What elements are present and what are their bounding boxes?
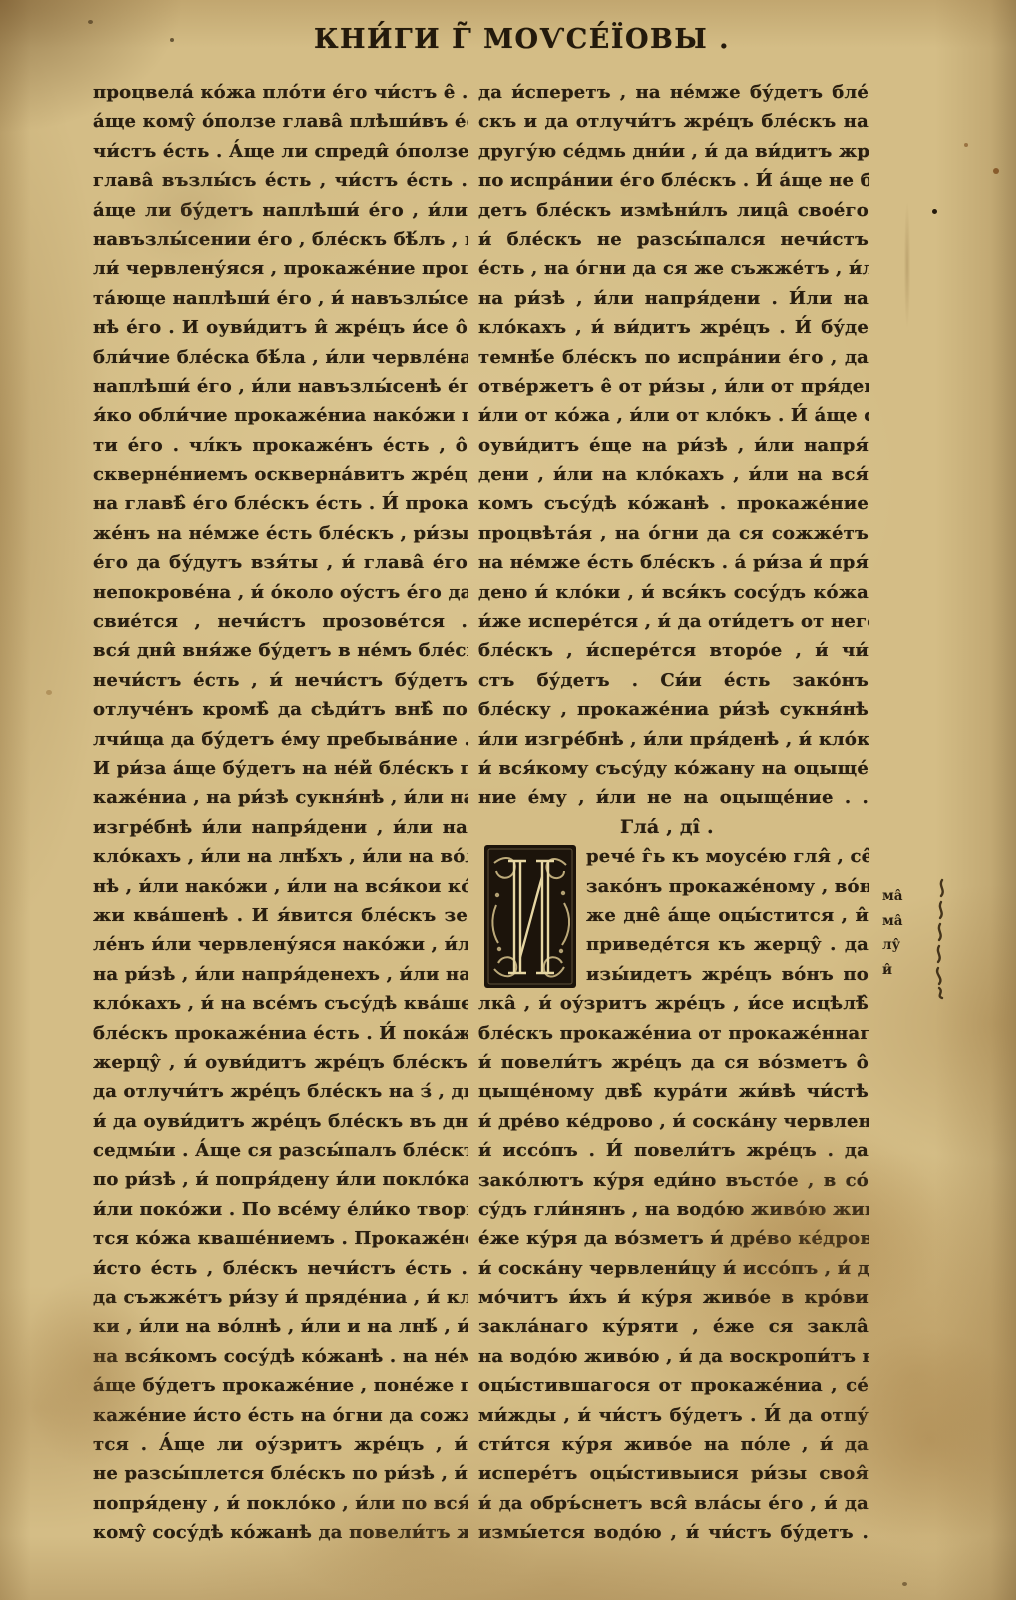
text-line: изгре́бнѣ и́ли напря́дени , и́ли на <box>93 813 468 842</box>
text-line: навъзлы́сении е́го , бле́скъ бѣ́лъ , и̂ <box>93 225 468 254</box>
text-line: и́ дре́во ке́дрово , и́ соска́ну червлен… <box>478 1107 869 1136</box>
text-line: зако́нъ прокаже́ному , во́нь <box>586 872 869 901</box>
text-line: рече́ г̂ь къ моусе́ю гля̂ , се̂ <box>586 842 869 871</box>
margin-reference: лу̂ <box>882 933 922 958</box>
text-line: мо́читъ и́хъ и́ ку́ря живо́е в кро́ви <box>478 1283 869 1312</box>
chapter-opening: рече́ г̂ь къ моусе́ю гля̂ , се̂зако́нъ п… <box>478 842 869 989</box>
text-line: бле́ску , прокаже́ниа ри́зѣ сукня́нѣ <box>478 695 869 724</box>
text-line: вся́ дни̂ вня́же бу́детъ в не́мъ бле́скъ <box>93 636 468 665</box>
text-line: лка̂ , и́ оу́зритъ жре́цъ , и́се исцѣлѣ̂ <box>478 989 869 1018</box>
text-line: свие́тся , нечи́стъ прозове́тся . <box>93 607 468 636</box>
text-line: и́сто е́сть , бле́скъ нечи́стъ е́сть . <box>93 1254 468 1283</box>
text-line: а́ще кому̂ о́ползе глава̂ плѣши́въ е́сть <box>93 107 468 136</box>
text-line: жи ква́шенѣ . И я́вится бле́скъ зе <box>93 901 468 930</box>
text-line: тся ко́жа кваше́ниемъ . Прокаже́но <box>93 1224 468 1253</box>
text-line: отве́ржетъ е̂ от ри́зы , и́ли от пря́ден… <box>478 372 869 401</box>
text-line: и́ли изгре́бнѣ , и́ли пря́денѣ , и́ кло́… <box>478 725 869 754</box>
text-line: е́сть , на о́гни да ся же съжже́тъ , и́л… <box>478 254 869 283</box>
text-line: зако́лютъ ку́ря еди́но въсто́е , в со́ <box>478 1166 869 1195</box>
text-line: ние е́му , и́ли не на оцыще́ние . . <box>478 783 869 812</box>
book-page: КНИ́ГИ Г̃ МОѴСЕ́ЇОВЫ . процвела́ ко́жа п… <box>0 0 1016 1600</box>
text-line: оуви́дитъ е́ще на ри́зѣ , и́ли напря́ <box>478 431 869 460</box>
text-line: отлуче́нъ кромѣ̂ да сѣди́тъ внѣ̂ по <box>93 695 468 724</box>
text-line: изы́идетъ жре́цъ во́нъ по <box>586 960 869 989</box>
text-line: бле́скъ , и́спере́тся второ́е , и́ чи́ <box>478 636 869 665</box>
text-line: процвела́ ко́жа пло́ти е́го чи́стъ е̂ . <box>93 78 468 107</box>
text-line: я́ко обли́чие прокаже́ниа нако́жи пло́ <box>93 401 468 430</box>
text-line: и́ да оуви́дитъ жре́цъ бле́скъ въ дне́ <box>93 1107 468 1136</box>
text-line: ле́нъ и́ли червлену́яся нако́жи , и́ли <box>93 930 468 959</box>
text-line: на водо́ю живо́ю , и́ да воскропи́тъ на <box>478 1342 869 1371</box>
text-line: на ри́зѣ , и́ли напря́денехъ , и́ли на <box>93 960 468 989</box>
text-line: и́ соска́ну червлени́цу и́ иссо́пъ , и́ … <box>478 1254 869 1283</box>
text-line: чи́стъ е́сть . А́ще ли спреди̂ о́ползе <box>93 137 468 166</box>
text-line: попря́дену , и́ покло́ко , и́ли по вся́ <box>93 1489 468 1518</box>
text-line: на не́мже е́сть бле́скъ . а́ ри́за и́ пр… <box>478 548 869 577</box>
text-line: и́ повели́тъ жре́цъ да ся во́зметъ о̂ <box>478 1048 869 1077</box>
text-line: лчи́ща да бу́детъ е́му пребыва́ние . <box>93 725 468 754</box>
left-text-column: процвела́ ко́жа пло́ти е́го чи́стъ е̂ .а… <box>93 78 468 1548</box>
text-line: темнѣ́е бле́скъ по испра́нии е́го , да <box>478 343 869 372</box>
text-line: ти е́го . чл́къ прокаже́нъ е́сть , о̂ <box>93 431 468 460</box>
text-line: и́ да обръ́снетъ вся̂ вла́сы е́го , и́ д… <box>478 1489 869 1518</box>
text-line: да отлучи́тъ жре́цъ бле́скъ на з́ , дни́… <box>93 1077 468 1106</box>
text-line: су́дъ гли́нянъ , на водо́ю живо́ю живо́ <box>478 1195 869 1224</box>
text-line: е́го да бу́дутъ взя́ты , и́ глава̂ е́го <box>93 548 468 577</box>
text-line: нечи́стъ е́сть , и́ нечи́стъ бу́детъ <box>93 666 468 695</box>
right-column-bottom: лка̂ , и́ оу́зритъ жре́цъ , и́се исцѣлѣ̂… <box>478 989 869 1547</box>
chapter-heading: Гла́ , ді̂ . <box>478 813 869 842</box>
text-line: нѣ е́го . И оуви́дитъ и̂ жре́цъ и́се о̂ <box>93 313 468 342</box>
text-line: да и́сперетъ , на не́мже бу́детъ бле́ <box>478 78 869 107</box>
text-line: на вся́комъ сосу́дѣ ко́жанѣ . на не́мже <box>93 1342 468 1371</box>
text-line: не разсы́плется бле́скъ по ри́зѣ , и́ли <box>93 1459 468 1488</box>
text-line: приведе́тся къ жерцу̂ . да <box>586 930 869 959</box>
text-line: по испра́нии е́го бле́скъ . И́ а́ще не б… <box>478 166 869 195</box>
text-line: измы́ется водо́ю , и́ чи́стъ бу́детъ . <box>478 1518 869 1547</box>
text-line: бле́скъ прокаже́ниа от прокаже́ннаго . <box>478 1019 869 1048</box>
text-line: та́юще наплѣши́ е́го , и́ навъзлы́се <box>93 284 468 313</box>
text-line: детъ бле́скъ измѣни́лъ лица̂ свое́го <box>478 196 869 225</box>
margin-reference: и̂ <box>882 958 922 983</box>
text-line: другу́ю се́дмь дни́и , и́ да ви́дитъ жре… <box>478 137 869 166</box>
right-column-top: да и́сперетъ , на не́мже бу́детъ бле́скъ… <box>478 78 869 813</box>
text-line: глава̂ възлы́съ е́сть , чи́стъ е́сть . <box>93 166 468 195</box>
text-line: закла́наго ку́ряти , е́же ся закла̂ <box>478 1312 869 1341</box>
text-line: бли́чие бле́ска бѣ́ла , и́ли червле́на , <box>93 343 468 372</box>
paper-speck <box>993 168 999 174</box>
text-line: кло́кахъ , и́ на все́мъ съсу́дѣ ква́шенѣ <box>93 989 468 1018</box>
text-line: дени , и́ли на кло́кахъ , и́ли на вся́ <box>478 460 869 489</box>
paper-speck <box>902 1582 907 1586</box>
text-line: испере́тъ оцы́стивыися ри́зы своя̂ <box>478 1459 869 1488</box>
text-line: комъ съсу́дѣ ко́жанѣ . прокаже́ние <box>478 489 869 518</box>
text-line: седмы́и . А́ще ся разсы́палъ бле́скъ <box>93 1136 468 1165</box>
text-line: да съжже́тъ ри́зу и́ пряде́ниа , и́ кло́ <box>93 1283 468 1312</box>
margin-references: ма̂ма̂лу̂и̂ <box>882 884 922 982</box>
text-line: тся . А́ще ли оу́зритъ жре́цъ , и́ <box>93 1430 468 1459</box>
text-line: а́ще ли бу́детъ наплѣши́ е́го , и́ли <box>93 196 468 225</box>
text-line: ли́ червлену́яся , прокаже́ние процви <box>93 254 468 283</box>
text-line: нѣ , и́ли нако́жи , и́ли на вся́кои ко́ <box>93 872 468 901</box>
handwritten-marginalia <box>930 876 952 1000</box>
text-line: оцы́стившагося от прокаже́ниа , се́ <box>478 1371 869 1400</box>
text-line: каже́ние и́сто е́сть на о́гни да сожже́ <box>93 1401 468 1430</box>
drop-cap-lines: рече́ г̂ь къ моусе́ю гля̂ , се̂зако́нъ п… <box>586 842 869 989</box>
text-line: на главѣ̂ е́го бле́скъ е́сть . И́ прока <box>93 489 468 518</box>
text-line: и́ли поко́жи . По все́му е́ли́ко твори́ <box>93 1195 468 1224</box>
text-line: И ри́за а́ще бу́детъ на не́й бле́скъ про <box>93 754 468 783</box>
text-line: и́же испере́тся , и́ да оти́детъ от него… <box>478 607 869 636</box>
text-line: по ри́зѣ , и́ попря́дену и́ли покло́ках <box>93 1165 468 1194</box>
text-line: а́ще бу́детъ прокаже́ние , поне́же про <box>93 1371 468 1400</box>
text-line: и́ли от ко́жа , и́ли от кло́къ . И́ а́ще… <box>478 401 869 430</box>
text-line: и́ вся́кому съсу́ду ко́жану на оцыще́ <box>478 754 869 783</box>
page-title: КНИ́ГИ Г̃ МОѴСЕ́ЇОВЫ . <box>0 24 1016 55</box>
text-line: кло́кахъ , и́ли на лнѣ́хъ , и́ли на во́л <box>93 842 468 871</box>
text-line: и́ иссо́пъ . И́ повели́тъ жре́цъ . да <box>478 1136 869 1165</box>
paper-speck <box>932 209 937 214</box>
text-line: ми́жды , и́ чи́стъ бу́детъ . И́ да отпу́ <box>478 1401 869 1430</box>
text-line: и́ бле́скъ не разсы́пался нечи́стъ <box>478 225 869 254</box>
paper-speck <box>964 143 968 147</box>
text-line: же́нъ на не́мже е́сть бле́скъ , ри́зы <box>93 519 468 548</box>
text-line: кому̂ сосу́дѣ ко́жанѣ да повели́тъ жре́ <box>93 1518 468 1547</box>
text-line: скъ и да отлучи́тъ жре́цъ бле́скъ на <box>478 107 869 136</box>
text-line: жерцу̂ , и́ оуви́дитъ жре́цъ бле́скъ <box>93 1048 468 1077</box>
text-line: непокрове́на , и́ о́коло оу́стъ е́го да … <box>93 578 468 607</box>
text-line: скверне́ниемъ оскверна́витъ жре́цъ <box>93 460 468 489</box>
text-line: е́же ку́ря да во́зметъ и́ дре́во ке́дров… <box>478 1224 869 1253</box>
text-line: процвѣта́я , на о́гни да ся сожже́тъ <box>478 519 869 548</box>
text-line: кло́кахъ , и́ ви́дитъ жре́цъ . И́ бу́де <box>478 313 869 342</box>
text-line: бле́скъ прокаже́ниа е́сть . И́ пока́же <box>93 1019 468 1048</box>
margin-reference: ма̂ <box>882 909 922 934</box>
text-line: наплѣши́ е́го , и́ли навъзлы́сенѣ е́го <box>93 372 468 401</box>
text-line: сти́тся ку́ря живо́е на по́ле , и́ да <box>478 1430 869 1459</box>
text-line: стъ бу́детъ . Си́и е́сть зако́нъ <box>478 666 869 695</box>
margin-reference: ма̂ <box>882 884 922 909</box>
text-line: дено и́ кло́ки , и́ вся́къ сосу́дъ ко́жа <box>478 578 869 607</box>
text-line: же дне̂ а́ще оцы́стится , и̂ <box>586 901 869 930</box>
text-line: ки , и́ли на во́лнѣ , и́ли и на лнѣ́ , и… <box>93 1312 468 1341</box>
paper-speck <box>46 690 52 695</box>
text-line: цыще́ному двѣ̂ кура́ти жи́вѣ чи́стѣ <box>478 1077 869 1106</box>
text-line: на ри́зѣ , и́ли напря́дени . И́ли на <box>478 284 869 313</box>
drop-cap-woodcut-initial <box>484 845 576 988</box>
right-text-column: да и́сперетъ , на не́мже бу́детъ бле́скъ… <box>478 78 869 1548</box>
text-line: каже́ниа , на ри́зѣ сукня́нѣ , и́ли на <box>93 783 468 812</box>
